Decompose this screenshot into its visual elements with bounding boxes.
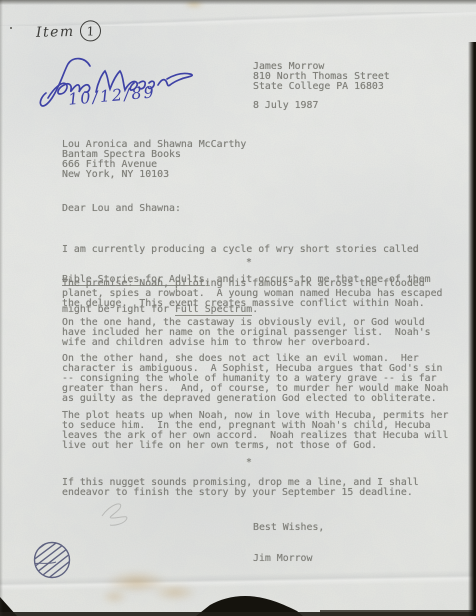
item-label: Item (36, 23, 75, 40)
section-separator-2: * (246, 458, 252, 468)
hatched-stamp-icon (30, 538, 74, 582)
ink-speck (10, 27, 12, 29)
closing: Best Wishes, (253, 523, 324, 533)
sender-address: James Morrow 810 North Thomas Street Sta… (253, 62, 390, 92)
section-separator-1: * (246, 258, 252, 268)
salutation: Dear Lou and Shawna: (62, 204, 181, 214)
scan-shadow-right (468, 42, 476, 616)
paragraph-request: If this nugget sounds promising, drop me… (62, 478, 419, 498)
scan-shadow-left (0, 0, 3, 616)
handwritten-item-note: Item 1 (36, 20, 101, 43)
circled-number-icon: 1 (79, 20, 101, 42)
recipient-address: Lou Aronica and Shawna McCarthy Bantam S… (62, 140, 246, 180)
paragraph-plot: The plot heats up when Noah, now in love… (62, 411, 448, 451)
paragraph-other-hand: On the other hand, she does not act like… (62, 354, 448, 404)
paragraph-premise: The premise: Noah, piloting his famous a… (62, 279, 443, 309)
paragraph-one-hand: On the one hand, the castaway is obvious… (62, 318, 431, 348)
typed-signature-name: Jim Morrow (253, 554, 312, 564)
paragraph-intro-line1: I am currently producing a cycle of wry … (62, 245, 431, 255)
stain-bottom (98, 563, 208, 605)
scan-shadow-top (0, 0, 476, 5)
pencil-scribble (90, 496, 150, 532)
scanned-letter: Item 1 10/12/89 James Morrow 810 North T… (0, 0, 476, 616)
letter-date: 8 July 1987 (253, 101, 318, 111)
